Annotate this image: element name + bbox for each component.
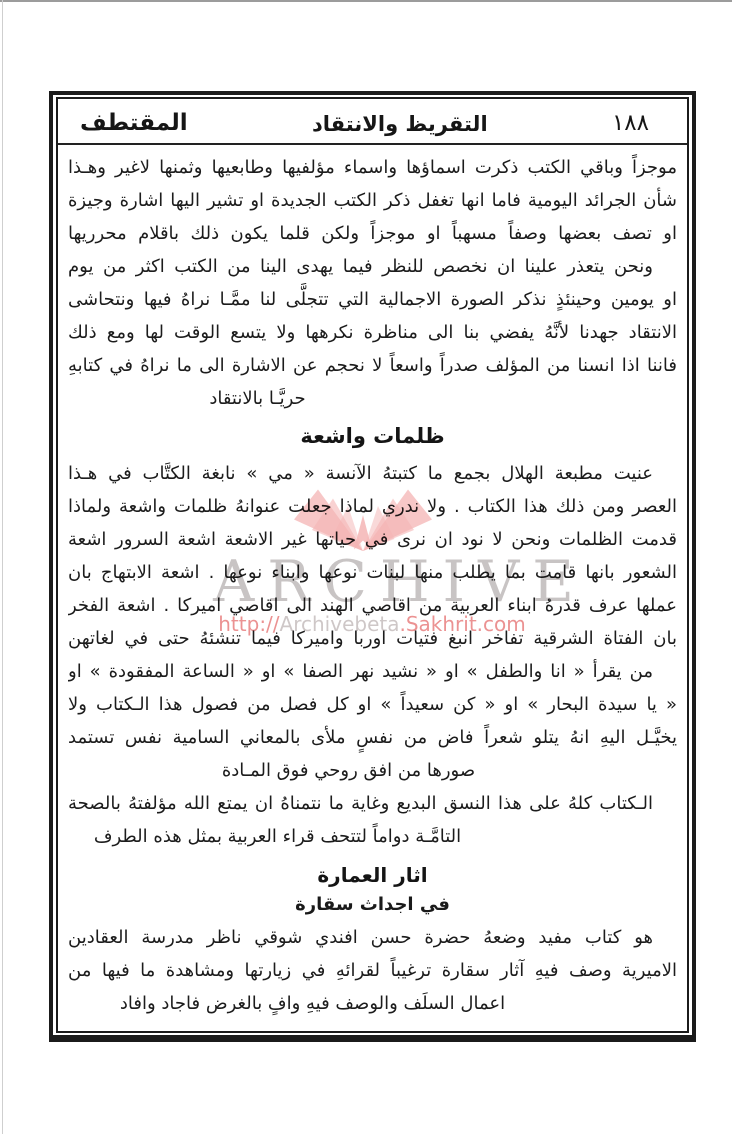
paragraph-intro: موجزاً وباقي الكتب ذكرت اسماؤها واسماء م… xyxy=(68,151,677,250)
text-line: حريَّـا بالانتقاد xyxy=(68,382,677,415)
journal-name: المقتطف xyxy=(80,110,188,136)
text-line: اعمال السلَف والوصف فيهِ وافٍ بالغرض فاج… xyxy=(68,987,677,1020)
paragraph-book-review-3: الـكتاب كلهُ على هذا النسق البديع وغاية … xyxy=(68,787,677,853)
text-line: فاننا اذا انسنا من المؤلف صدراً واسعاً ل… xyxy=(68,349,677,382)
text-line: من يقرأ « انا والطفل » او « نشيد نهر الص… xyxy=(68,655,677,688)
paragraph-book-review-2: من يقرأ « انا والطفل » او « نشيد نهر الص… xyxy=(68,655,677,787)
section-heading-zulumat: ظلمات واشعة xyxy=(68,421,677,451)
section-subheading-saqqara: في اجداث سقارة xyxy=(68,891,677,919)
paragraph-review-policy: ونحن يتعذر علينا ان نخصص للنظر فيما يهدى… xyxy=(68,250,677,415)
running-head: ١٨٨ التقريظ والانتقاد المقتطف xyxy=(58,99,687,145)
text-line: عملها عرف قدرهُ ابناء العربية من اقاصي ا… xyxy=(68,589,677,622)
paragraph-saqqara-review: هو كتاب مفيد وضعهُ حضرة حسن افندي شوقي ن… xyxy=(68,921,677,1020)
text-line: الـكتاب كلهُ على هذا النسق البديع وغاية … xyxy=(68,787,677,820)
text-line: « يا سيدة البحار » او « كن سعيداً » او ك… xyxy=(68,688,677,721)
text-line: الاميرية وصف فيهِ آثار سقارة ترغيباً لقر… xyxy=(68,954,677,987)
page-body: موجزاً وباقي الكتب ذكرت اسماؤها واسماء م… xyxy=(58,145,687,1020)
page-inner-frame: ١٨٨ التقريظ والانتقاد المقتطف موجزاً وبا… xyxy=(56,97,689,1033)
text-line: شأن الجرائد اليومية فاما انها تغفل ذكر ا… xyxy=(68,184,677,217)
page-frame: ١٨٨ التقريظ والانتقاد المقتطف موجزاً وبا… xyxy=(49,91,696,1042)
text-line: موجزاً وباقي الكتب ذكرت اسماؤها واسماء م… xyxy=(68,151,677,184)
text-line: بان الفتاة الشرقية تفاخر انبغ فتيات اورب… xyxy=(68,622,677,655)
section-heading-athar: اثار العمارة xyxy=(68,861,677,889)
text-line: قدمت الظلمات ونحن لا نود ان نرى في حياته… xyxy=(68,523,677,556)
text-line: عنيت مطبعة الهلال بجمع ما كتبتهُ الآنسة … xyxy=(68,457,677,490)
paragraph-book-review-1: عنيت مطبعة الهلال بجمع ما كتبتهُ الآنسة … xyxy=(68,457,677,655)
text-line: الشعور بانها قامت بما يطلب منها لبنات نو… xyxy=(68,556,677,589)
scan-top-edge xyxy=(0,0,732,2)
page-number: ١٨٨ xyxy=(612,110,649,136)
text-line: يخيَّـل اليهِ انهُ يتلو شعراً فاض من نفس… xyxy=(68,721,677,754)
text-line: صورها من افق روحي فوق المـادة xyxy=(68,754,677,787)
text-line: او يومين وحينئذٍ نذكر الصورة الاجمالية ا… xyxy=(68,283,677,316)
text-line: او تصف بعضها وصفاً مسهباً او موجزاً ولكن… xyxy=(68,217,677,250)
text-line: ونحن يتعذر علينا ان نخصص للنظر فيما يهدى… xyxy=(68,250,677,283)
scan-left-edge xyxy=(2,0,3,1134)
section-running-title: التقريظ والانتقاد xyxy=(312,112,488,136)
text-line: التامَّـة دواماً لتتحف قراء العربية بمثل… xyxy=(68,820,677,853)
text-line: هو كتاب مفيد وضعهُ حضرة حسن افندي شوقي ن… xyxy=(68,921,677,954)
text-line: العصر ومن ذلك هذا الكتاب . ولا ندري لماذ… xyxy=(68,490,677,523)
text-line: الانتقاد جهدنا لأنَّهُ يفضي بنا الى مناظ… xyxy=(68,316,677,349)
